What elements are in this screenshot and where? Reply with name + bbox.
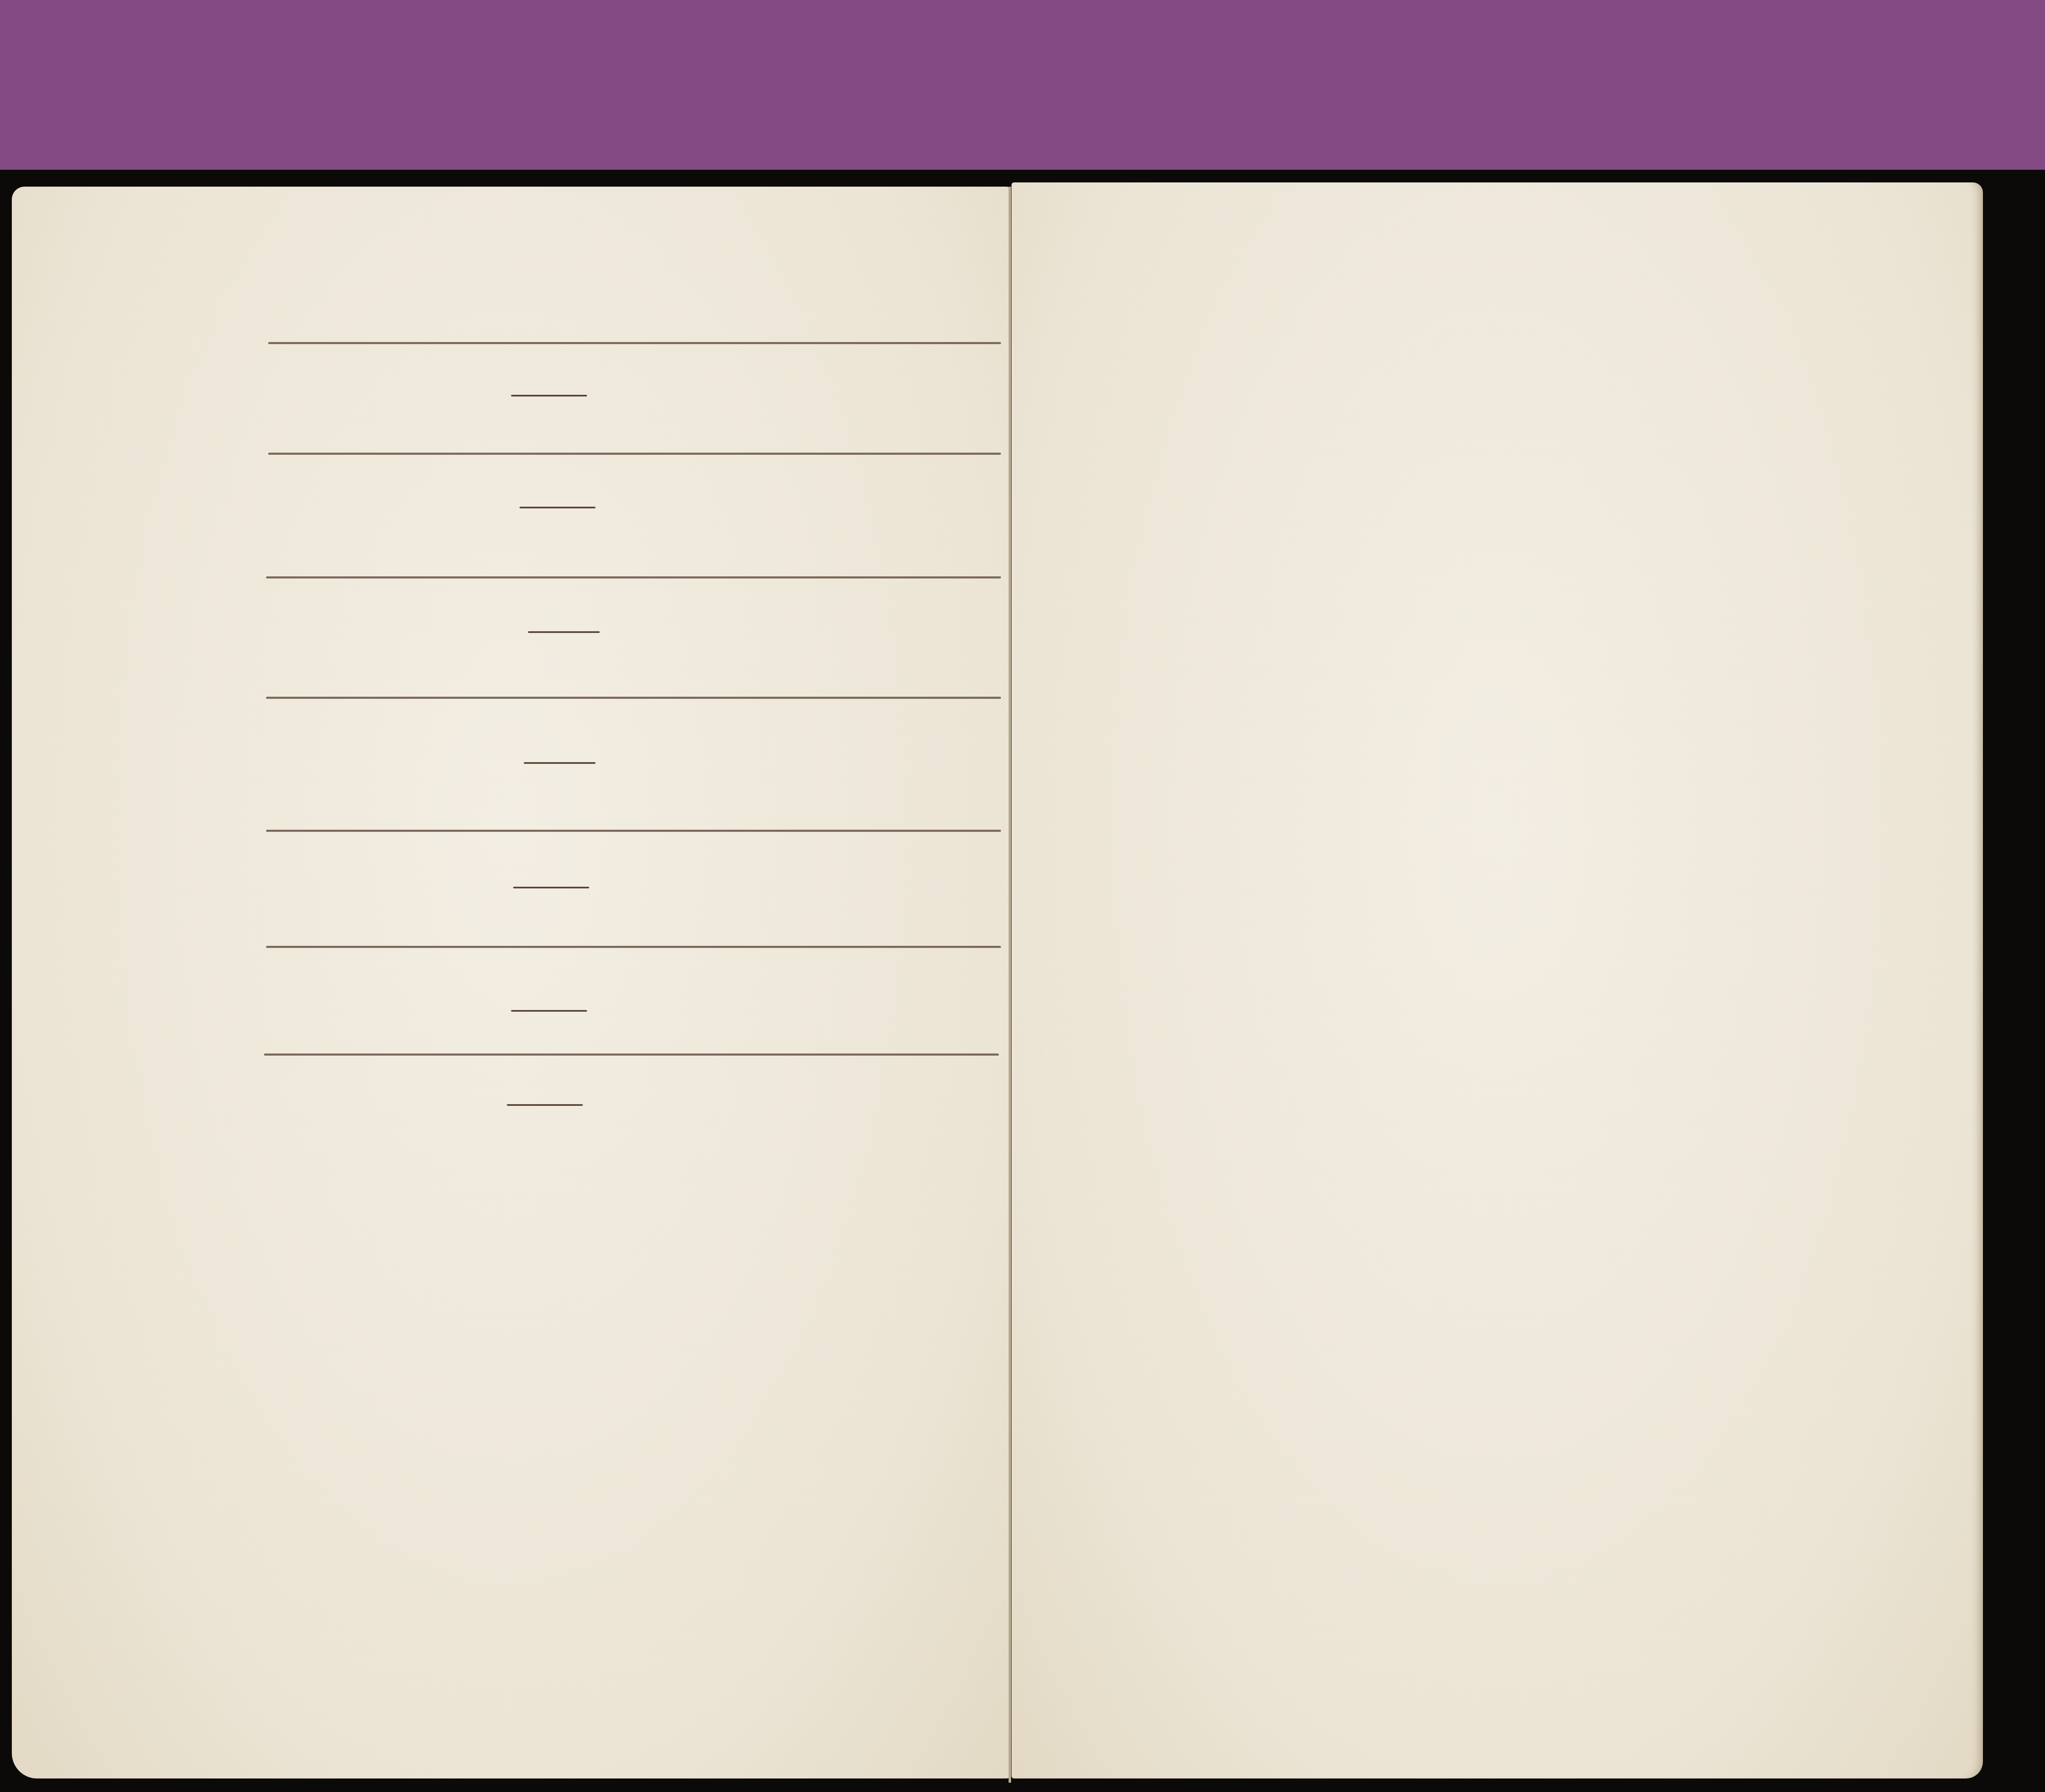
entry-divider (266, 697, 1001, 699)
register-scan (0, 170, 2045, 1792)
entry-divider (266, 830, 1001, 832)
archive-header (0, 0, 2045, 170)
entry-divider (266, 946, 1001, 948)
book-gutter (1009, 187, 1011, 1783)
entry-divider (264, 1053, 999, 1056)
entry-divider (266, 576, 1001, 578)
entry-divider (268, 453, 1001, 455)
entry-divider (268, 342, 1001, 344)
right-page (1012, 182, 1983, 1778)
left-page (12, 187, 1009, 1778)
